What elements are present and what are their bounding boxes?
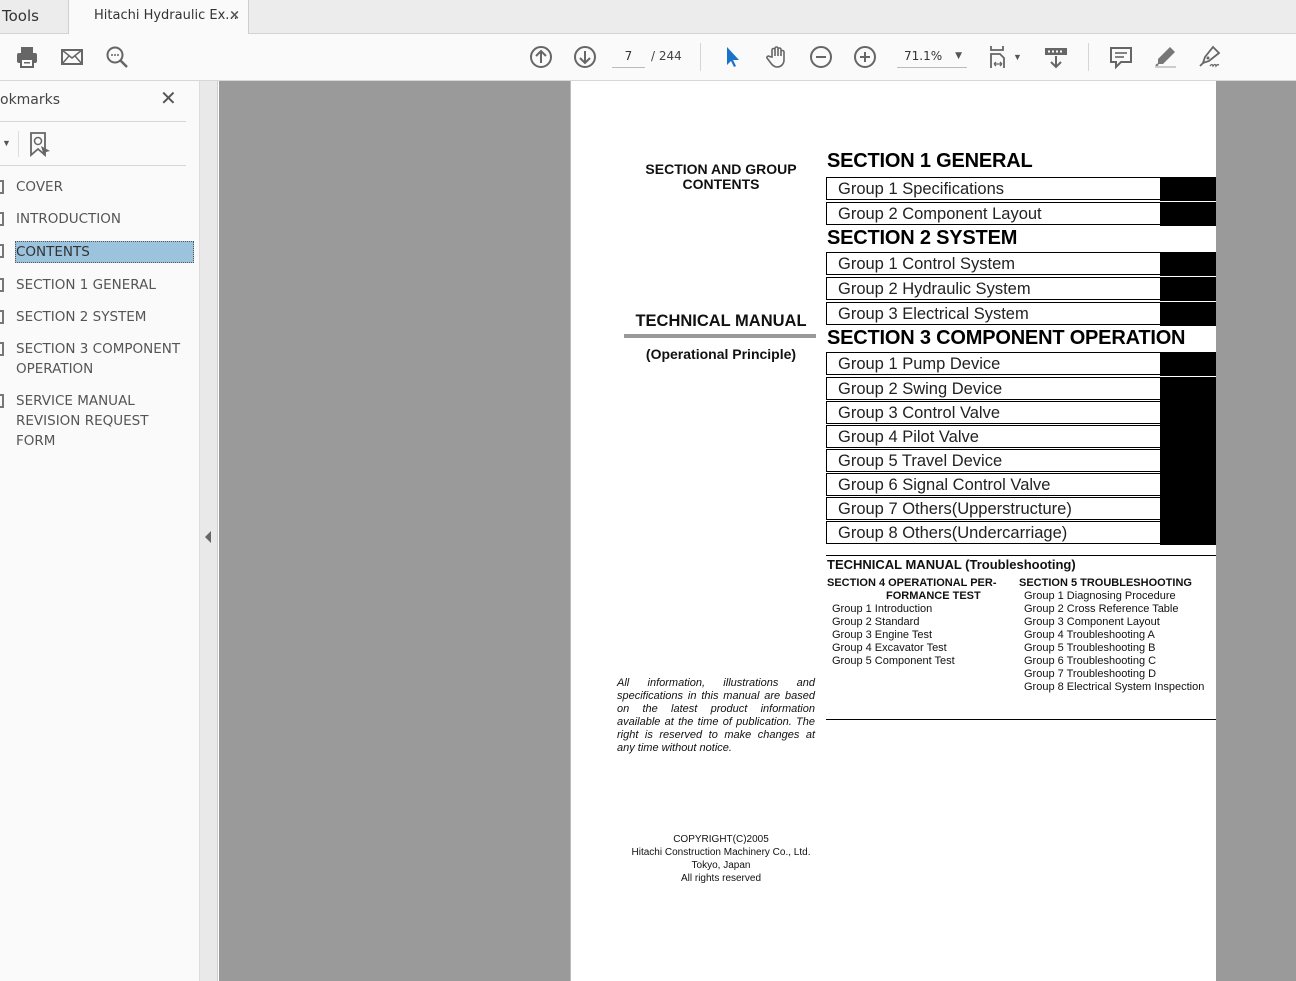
section-4-group: Group 5 Component Test: [827, 655, 1017, 668]
zoom-out-icon[interactable]: [808, 44, 834, 70]
bookmark-item-contents[interactable]: CONTENTS: [0, 241, 194, 263]
page-number-input[interactable]: 7: [612, 46, 645, 68]
hand-icon[interactable]: [764, 44, 790, 70]
bookmark-icon: [0, 244, 4, 258]
zoom-level-value: 71.1%: [904, 49, 942, 63]
group-row[interactable]: Group 2 Hydraulic System: [826, 277, 1216, 300]
copyright-block: COPYRIGHT(C)2005 Hitachi Construction Ma…: [621, 833, 821, 885]
section-5-group: Group 7 Troubleshooting D: [1019, 668, 1216, 681]
section-4-group: Group 1 Introduction: [827, 603, 1017, 616]
troubleshooting-heading: TECHNICAL MANUAL (Troubleshooting): [827, 557, 1076, 572]
group-label: Group 1 Specifications: [838, 179, 1004, 199]
pdf-page: SECTION AND GROUP CONTENTS TECHNICAL MAN…: [570, 81, 1216, 981]
technical-manual-heading: TECHNICAL MANUAL: [626, 312, 816, 331]
black-index-tab: [1160, 377, 1216, 401]
black-index-tab: [1160, 497, 1216, 521]
section-5-group: Group 4 Troubleshooting A: [1019, 629, 1216, 642]
divider: [0, 121, 186, 122]
section-4-group: Group 2 Standard: [827, 616, 1017, 629]
group-label: Group 1 Pump Device: [838, 354, 1000, 374]
options-dropdown-icon[interactable]: ▼: [2, 138, 11, 148]
section-heading: SECTION 1 GENERAL: [827, 150, 1033, 173]
page-fit-icon[interactable]: [987, 44, 1013, 70]
black-index-tab: [1160, 425, 1216, 449]
operational-principle-subtitle: (Operational Principle): [626, 346, 816, 362]
group-label: Group 2 Hydraulic System: [838, 279, 1031, 299]
copyright-line: Hitachi Construction Machinery Co., Ltd.: [621, 846, 821, 859]
group-row[interactable]: Group 8 Others(Undercarriage): [826, 521, 1216, 544]
bookmark-icon: [0, 342, 4, 356]
group-label: Group 2 Swing Device: [838, 379, 1002, 399]
section-5-group: Group 8 Electrical System Inspection: [1019, 681, 1216, 694]
section-4-title: SECTION 4 OPERATIONAL PER-: [827, 577, 1017, 590]
group-label: Group 4 Pilot Valve: [838, 427, 979, 447]
bookmark-label: COVER: [16, 179, 63, 195]
group-label: Group 7 Others(Upperstructure): [838, 499, 1072, 519]
toolbar: 7 / 244 71.1% ▼ ▼: [0, 34, 1296, 81]
bookmark-icon: [0, 212, 4, 226]
group-label: Group 8 Others(Undercarriage): [838, 523, 1067, 543]
section-5-title: SECTION 5 TROUBLESHOOTING: [1019, 577, 1216, 590]
black-index-tab: [1160, 449, 1216, 473]
section-4-group: Group 4 Excavator Test: [827, 642, 1017, 655]
next-page-icon[interactable]: [572, 44, 598, 70]
group-row[interactable]: Group 2 Swing Device: [826, 377, 1216, 400]
collapse-panel-icon[interactable]: [205, 531, 211, 543]
scroll-mode-icon[interactable]: [1043, 44, 1069, 70]
group-row[interactable]: Group 3 Control Valve: [826, 401, 1216, 424]
page-fit-caret-icon[interactable]: ▼: [1013, 52, 1022, 62]
black-index-tab: [1160, 473, 1216, 497]
group-row[interactable]: Group 1 Control System: [826, 252, 1216, 275]
section-4-column: SECTION 4 OPERATIONAL PER- FORMANCE TEST…: [827, 577, 1017, 668]
black-index-tab: [1160, 177, 1216, 201]
bookmarks-panel-title: okmarks: [0, 92, 60, 108]
copyright-line: COPYRIGHT(C)2005: [621, 833, 821, 846]
bookmark-item-section-2[interactable]: SECTION 2 SYSTEM: [0, 307, 194, 327]
section-5-group: Group 6 Troubleshooting C: [1019, 655, 1216, 668]
black-index-tab: [1160, 401, 1216, 425]
black-index-tab: [1160, 202, 1216, 226]
black-index-tab: [1160, 302, 1216, 326]
toolbar-separator: [700, 43, 701, 71]
group-label: Group 6 Signal Control Valve: [838, 475, 1050, 495]
bookmark-item-revision-form[interactable]: SERVICE MANUAL REVISION REQUEST FORM: [0, 391, 186, 451]
bookmark-label: INTRODUCTION: [16, 211, 121, 227]
divider: [624, 334, 816, 338]
email-icon[interactable]: [59, 44, 85, 70]
bookmark-item-cover[interactable]: COVER: [0, 177, 194, 197]
section-5-group: Group 5 Troubleshooting B: [1019, 642, 1216, 655]
tab-document-label: Hitachi Hydraulic Ex...: [94, 8, 238, 23]
print-icon[interactable]: [14, 44, 40, 70]
group-row[interactable]: Group 7 Others(Upperstructure): [826, 497, 1216, 520]
zoom-level-dropdown[interactable]: 71.1% ▼: [897, 46, 967, 68]
bookmark-icon: [0, 310, 4, 324]
section-4-group: Group 3 Engine Test: [827, 629, 1017, 642]
section-heading: SECTION 3 COMPONENT OPERATION: [827, 327, 1185, 350]
group-label: Group 1 Control System: [838, 254, 1015, 274]
bookmarks-panel: okmarks ✕ ▼ COVER INTRODUCTION CONTENTS …: [0, 81, 200, 981]
bookmark-label: SECTION 3 COMPONENT OPERATION: [16, 341, 180, 377]
divider: [18, 131, 19, 157]
comment-icon[interactable]: [1108, 44, 1134, 70]
bookmark-item-introduction[interactable]: INTRODUCTION: [0, 209, 194, 229]
bookmark-label: CONTENTS: [15, 241, 194, 263]
section-5-column: SECTION 5 TROUBLESHOOTING Group 1 Diagno…: [1019, 577, 1216, 694]
bookmark-label: SERVICE MANUAL REVISION REQUEST FORM: [16, 393, 148, 449]
bookmark-item-section-1[interactable]: SECTION 1 GENERAL: [0, 275, 194, 295]
black-index-tab: [1160, 252, 1216, 276]
page-total: / 244: [651, 46, 682, 66]
search-icon[interactable]: [104, 44, 130, 70]
black-index-tab: [1160, 352, 1216, 376]
tab-document[interactable]: Hitachi Hydraulic Ex... ×: [69, 0, 249, 35]
black-index-tab: [1160, 277, 1216, 301]
disclaimer-text: All information, illustrations and speci…: [617, 677, 815, 755]
bookmark-icon: [0, 394, 4, 408]
section-5-group: Group 2 Cross Reference Table: [1019, 603, 1216, 616]
bookmark-icon: [0, 278, 4, 292]
group-row[interactable]: Group 1 Pump Device: [826, 352, 1216, 375]
group-label: Group 2 Component Layout: [838, 204, 1042, 224]
group-row[interactable]: Group 4 Pilot Valve: [826, 425, 1216, 448]
group-label: Group 3 Control Valve: [838, 403, 1000, 423]
close-tab-icon[interactable]: ×: [229, 0, 240, 32]
bookmark-label: SECTION 1 GENERAL: [16, 277, 156, 293]
bookmark-icon: [0, 180, 4, 194]
group-row[interactable]: Group 6 Signal Control Valve: [826, 473, 1216, 496]
highlight-icon[interactable]: [1152, 44, 1178, 70]
group-label: Group 3 Electrical System: [838, 304, 1029, 324]
black-index-tab: [1160, 521, 1216, 545]
select-cursor-icon[interactable]: [720, 44, 746, 70]
divider: [826, 719, 1216, 720]
section-5-group: Group 1 Diagnosing Procedure: [1019, 590, 1216, 603]
section-4-title-cont: FORMANCE TEST: [827, 590, 1017, 603]
group-row[interactable]: Group 5 Travel Device: [826, 449, 1216, 472]
section-group-contents-heading: SECTION AND GROUP CONTENTS: [626, 162, 816, 192]
prev-page-icon[interactable]: [528, 44, 554, 70]
close-icon[interactable]: ✕: [160, 89, 177, 109]
divider: [0, 165, 186, 166]
chevron-down-icon: ▼: [955, 46, 962, 66]
section-heading: SECTION 2 SYSTEM: [827, 227, 1017, 250]
sign-icon[interactable]: [1196, 44, 1222, 70]
toolbar-separator: [1088, 43, 1089, 71]
add-bookmark-icon[interactable]: [28, 131, 52, 157]
group-row[interactable]: Group 1 Specifications: [826, 177, 1216, 200]
section-5-group: Group 3 Component Layout: [1019, 616, 1216, 629]
copyright-line: Tokyo, Japan: [621, 859, 821, 872]
tab-bar: Tools Hitachi Hydraulic Ex... ×: [0, 0, 1296, 34]
group-row[interactable]: Group 3 Electrical System: [826, 302, 1216, 325]
group-label: Group 5 Travel Device: [838, 451, 1002, 471]
zoom-in-icon[interactable]: [852, 44, 878, 70]
bookmark-list: COVER INTRODUCTION CONTENTS SECTION 1 GE…: [0, 177, 194, 463]
copyright-line: All rights reserved: [621, 872, 821, 885]
bookmark-label: SECTION 2 SYSTEM: [16, 309, 146, 325]
bookmark-item-section-3[interactable]: SECTION 3 COMPONENT OPERATION: [0, 339, 186, 379]
divider: [826, 555, 1216, 556]
group-row[interactable]: Group 2 Component Layout: [826, 202, 1216, 225]
tab-tools[interactable]: Tools: [0, 0, 69, 34]
